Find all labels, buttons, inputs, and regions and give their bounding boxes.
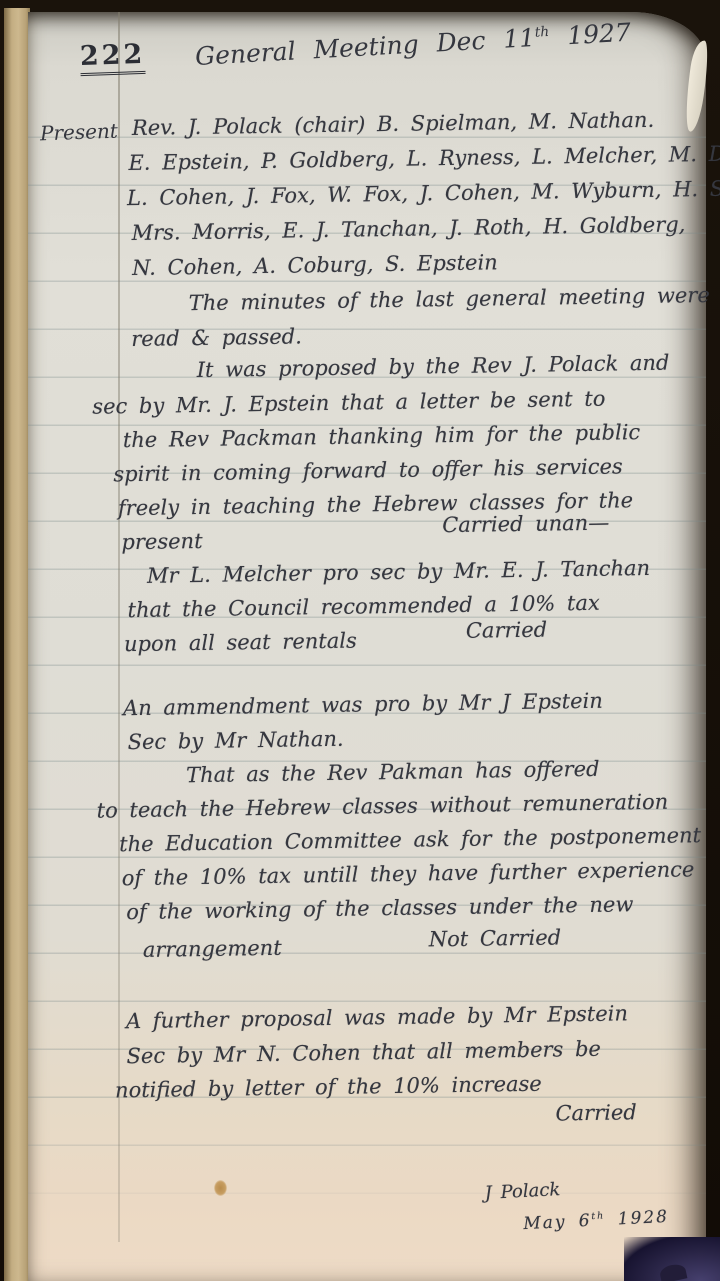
manuscript-line: the Rev Packman thanking him for the pub… [123, 417, 641, 455]
manuscript-line: sec by Mr. J. Epstein that a letter be s… [92, 384, 606, 422]
manuscript-line: It was proposed by the Rev J. Polack and [197, 348, 670, 385]
manuscript-line: An ammendment was pro by Mr J Epstein [123, 686, 603, 724]
book-fore-edge [4, 8, 30, 1281]
resolution-result: Carried [555, 1097, 637, 1128]
manuscript-line: Mr L. Melcher pro sec by Mr. E. J. Tanch… [147, 553, 651, 591]
manuscript-line: A further proposal was made by Mr Epstei… [126, 998, 628, 1036]
manuscript-line: The minutes of the last general meeting … [188, 280, 710, 318]
attendee-line: Rev. J. Polack (chair) B. Spielman, M. N… [132, 105, 655, 143]
attendee-line: L. Cohen, J. Fox, W. Fox, J. Cohen, M. W… [127, 172, 720, 213]
manuscript-line: the Education Committee ask for the post… [119, 820, 701, 859]
handwriting-layer: Rev. J. Polack (chair) B. Spielman, M. N… [26, 2, 720, 1281]
resolution-result: Carried [466, 615, 548, 646]
manuscript-line: read & passed. [131, 321, 302, 354]
manuscript-line: present [121, 526, 203, 557]
signature-date: May 6th 1928 [522, 1198, 669, 1239]
manuscript-line: upon all seat rentals [124, 626, 357, 660]
minute-book-photo: 222 General Meeting Dec 11th 1927 Presen… [0, 0, 720, 1281]
manuscript-line: spirit in coming forward to offer his se… [113, 451, 623, 489]
resolution-result: Carried unan— [442, 508, 609, 541]
manuscript-line: to teach the Hebrew classes without remu… [96, 787, 668, 826]
manuscript-line: arrangement [143, 933, 282, 965]
attendee-line: Mrs. Morris, E. J. Tanchan, J. Roth, H. … [131, 209, 685, 248]
resolution-result: Not Carried [428, 922, 561, 954]
manuscript-line: Sec by Mr N. Cohen that all members be [126, 1034, 601, 1071]
manuscript-line: That as the Rev Pakman has offered [186, 754, 600, 790]
manuscript-line: of the 10% tax untill they have further … [121, 854, 694, 893]
signature-ordinal-suffix: th [591, 1210, 605, 1222]
attendee-line: E. Epstein, P. Goldberg, L. Ryness, L. M… [128, 138, 720, 178]
manuscript-line: Sec by Mr Nathan. [127, 724, 343, 757]
attendee-line: N. Cohen, A. Coburg, S. Epstein [132, 247, 498, 283]
manuscript-page: 222 General Meeting Dec 11th 1927 Presen… [28, 12, 706, 1281]
manuscript-line: notified by letter of the 10% increase [115, 1069, 542, 1106]
